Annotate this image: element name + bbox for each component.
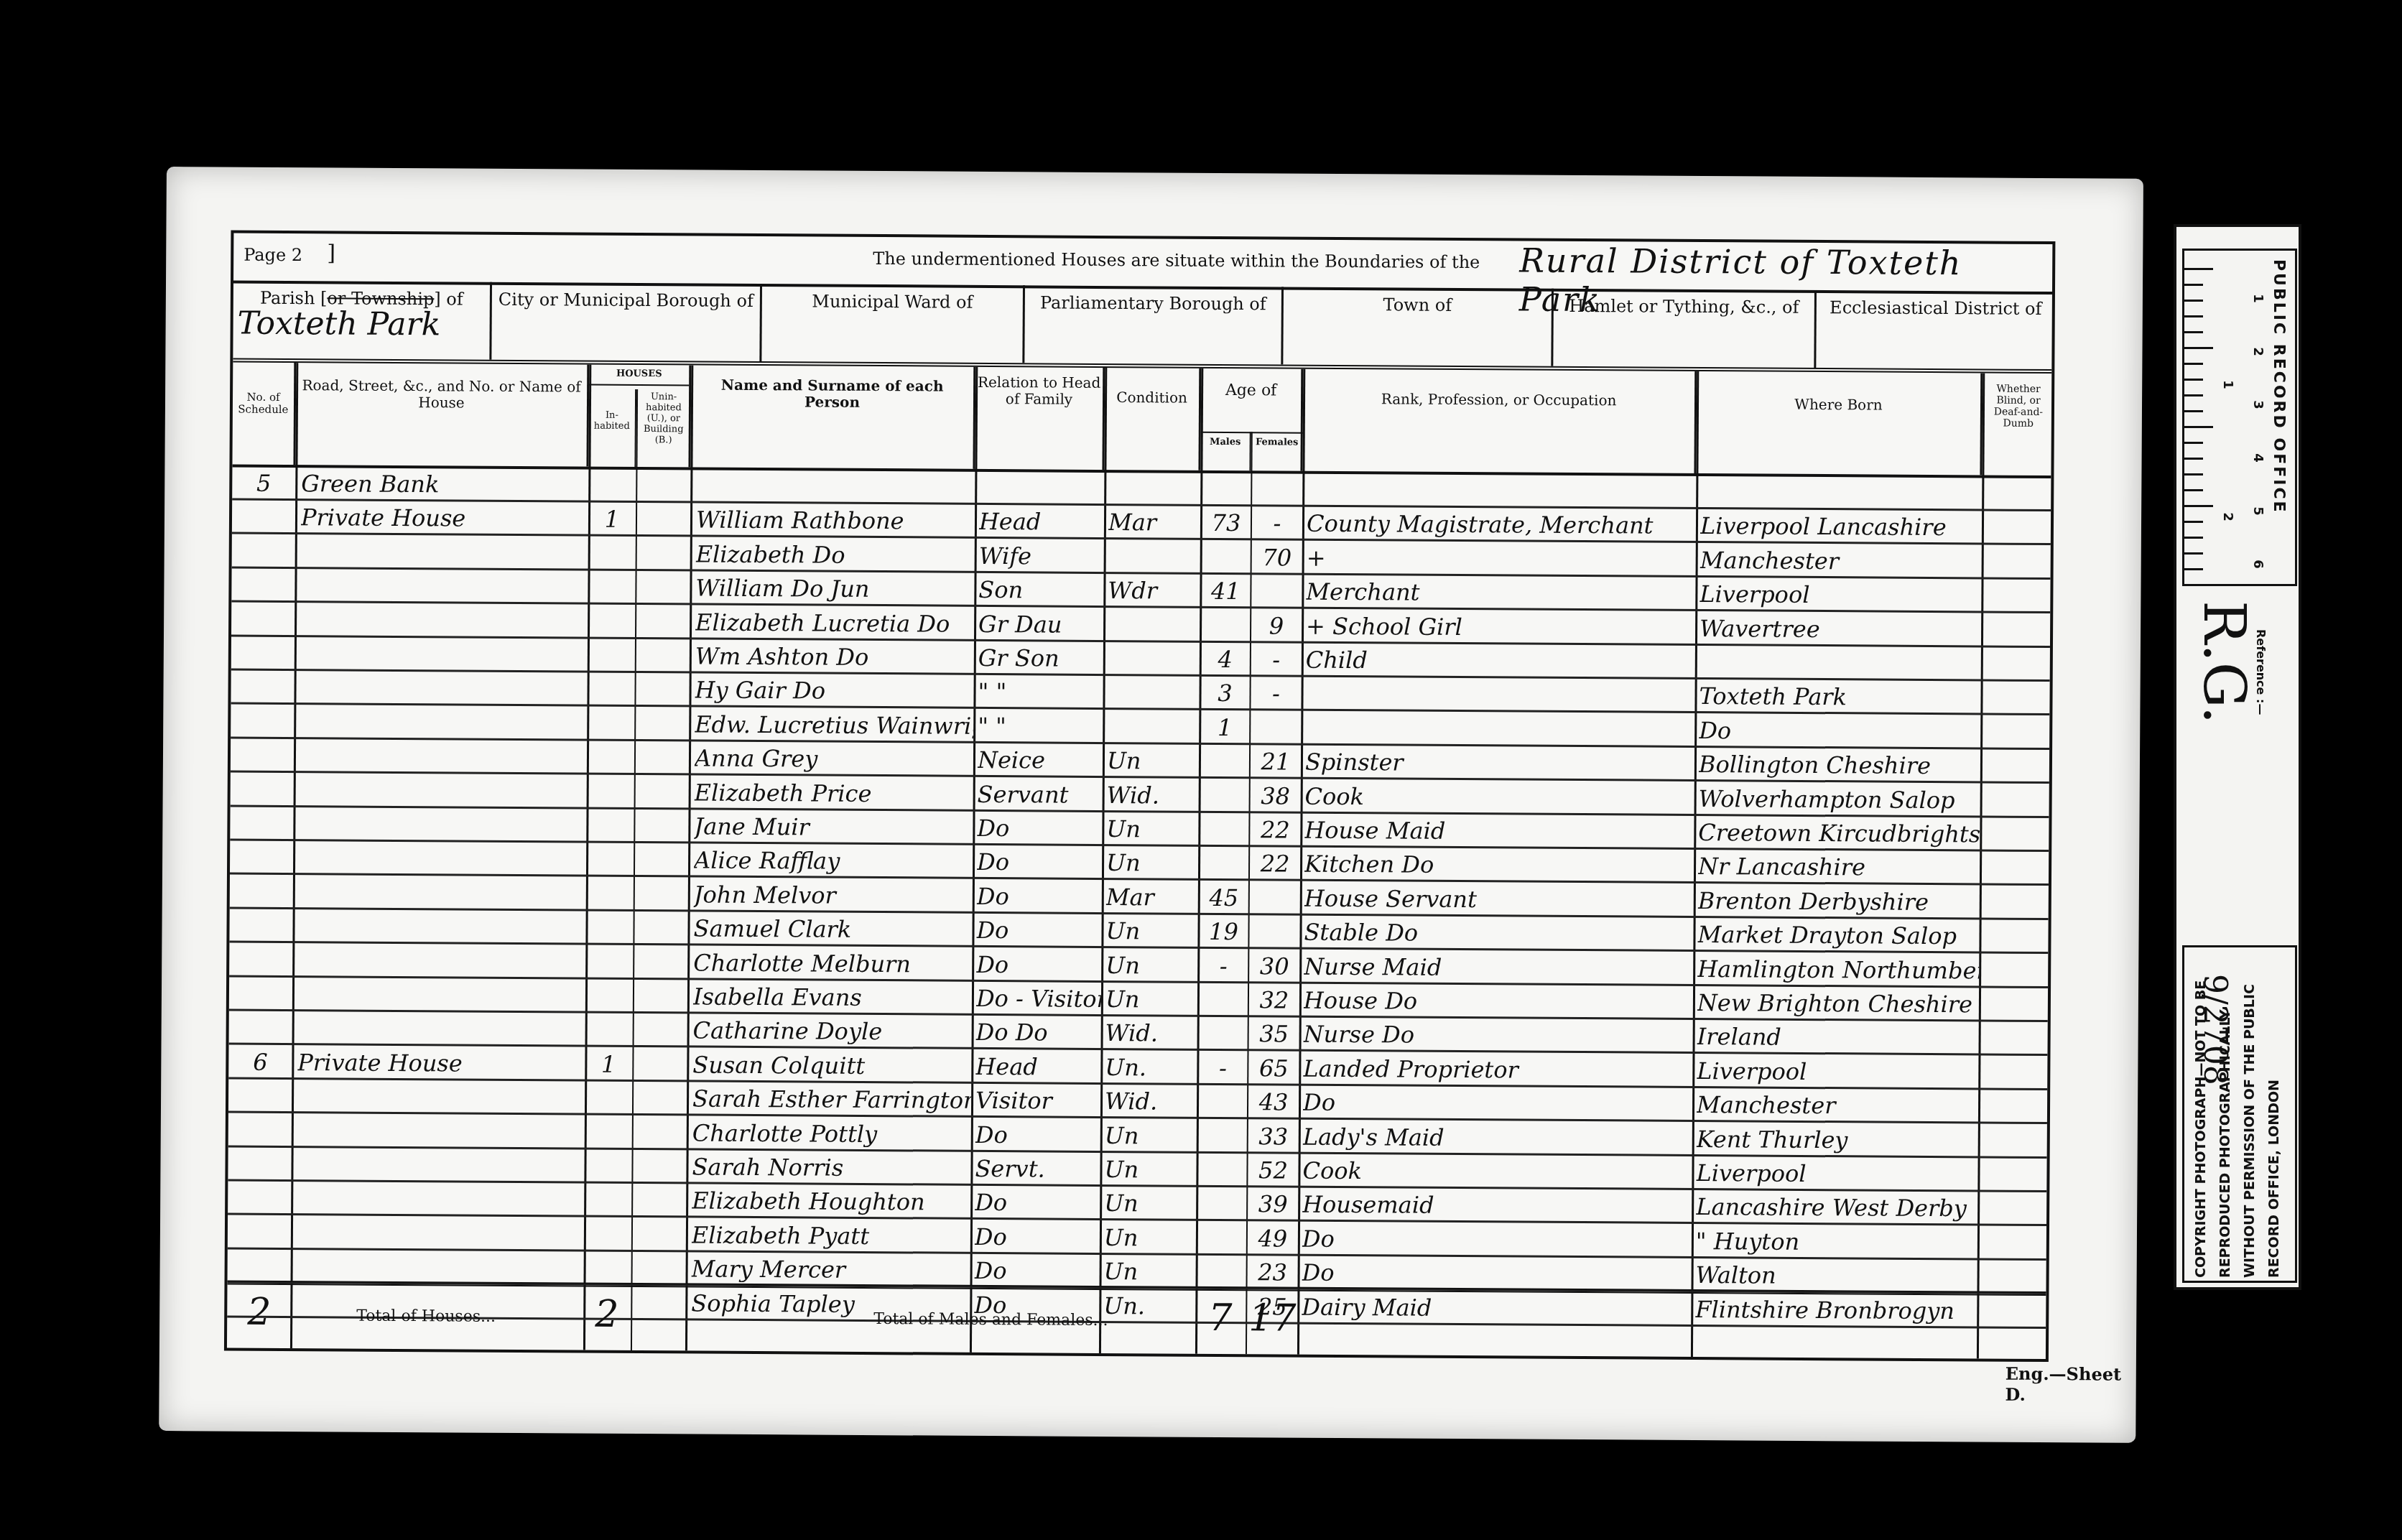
- cell-relation: Do: [975, 1184, 1100, 1218]
- cell-female-age: -: [1251, 641, 1302, 674]
- cell-inhabited: [584, 1182, 631, 1215]
- cell-road: [299, 805, 583, 840]
- cell-schedule: [231, 567, 295, 601]
- cell-where-born: Liverpool: [1697, 1052, 1978, 1087]
- cell-inhabited: [585, 1080, 632, 1113]
- cell-relation: Do: [977, 878, 1102, 912]
- cell-schedule: [231, 771, 294, 805]
- administrative-divisions: Parish [or Township] of Toxteth Park Cit…: [233, 281, 2052, 374]
- cell-occupation: County Magistrate, Merchant: [1307, 505, 1696, 541]
- division-label: Town of: [1383, 294, 1452, 315]
- cell-name: Charlotte Melburn: [693, 944, 972, 979]
- cell-where-born: Wolverhampton Salop: [1699, 780, 1980, 815]
- cell-inhabited: [585, 978, 633, 1011]
- cell-relation: Do: [976, 946, 1101, 980]
- cell-road: Private House: [301, 499, 585, 534]
- cell-female-age: [1251, 709, 1301, 743]
- header-relation: Relation to Head of Family: [975, 367, 1105, 470]
- cell-condition: Wid.: [1105, 1014, 1197, 1049]
- cell-relation: Do Do: [976, 1013, 1101, 1048]
- totals-row: 2 Total of Houses... 2 Total of Males an…: [227, 1281, 2046, 1359]
- cell-male-age: 19: [1199, 913, 1248, 947]
- header-condition: Condition: [1104, 368, 1201, 470]
- cell-where-born: Creetown Kircudbrightshire: [1698, 814, 1980, 849]
- cell-condition: Wid.: [1107, 776, 1199, 811]
- cell-occupation: Do: [1302, 1254, 1691, 1290]
- cell-relation: Do: [975, 1218, 1100, 1253]
- cell-inhabited: [588, 637, 635, 671]
- cell-schedule: [229, 941, 292, 975]
- cell-name: Jane Muir: [694, 808, 973, 843]
- cell-road: [298, 1010, 583, 1045]
- header-occupation: Rank, Profession, or Occupation: [1302, 369, 1697, 473]
- cell-relation: Gr Dau: [978, 606, 1103, 640]
- cell-male-age: 73: [1202, 504, 1251, 538]
- cell-schedule: [231, 702, 294, 737]
- cell-schedule: 6: [228, 1043, 292, 1077]
- division-label: Parliamentary Borough of: [1040, 292, 1266, 314]
- cell-road: [300, 703, 584, 738]
- cell-where-born: Wavertree: [1700, 610, 1981, 645]
- cell-name: Hy Gair Do: [695, 672, 973, 707]
- cell-occupation: Merchant: [1306, 573, 1695, 609]
- cell-where-born: Market Drayton Salop: [1697, 916, 1979, 951]
- cell-where-born: Hamlington Northumberland: [1697, 950, 1979, 985]
- cell-schedule: [228, 1248, 291, 1282]
- division-city: City or Municipal Borough of: [491, 282, 762, 361]
- ruler-number: 2: [2250, 347, 2266, 356]
- cell-inhabited: [587, 705, 634, 738]
- cell-relation: Visitor: [975, 1082, 1100, 1116]
- cell-male-age: [1200, 743, 1249, 776]
- cell-occupation: House Do: [1304, 982, 1693, 1018]
- cell-name: Mary Mercer: [692, 1251, 970, 1286]
- cell-name: Anna Grey: [695, 740, 973, 775]
- cell-inhabited: [587, 739, 634, 773]
- cell-male-age: [1198, 1117, 1247, 1151]
- cell-road: [297, 1077, 582, 1113]
- ruler-tick: [2184, 505, 2213, 507]
- cell-condition: [1108, 470, 1200, 504]
- cell-relation: Do: [975, 1252, 1100, 1286]
- cell-inhabited: [587, 671, 634, 705]
- ruler-tick: [2184, 552, 2203, 555]
- cell-schedule: [228, 1213, 291, 1248]
- cell-relation: Do: [975, 1115, 1100, 1150]
- ruler-tick: [2184, 410, 2203, 412]
- ruler-tick: [2184, 363, 2203, 365]
- cell-male-age: [1199, 1015, 1248, 1049]
- cell-inhabited: [586, 841, 634, 875]
- page-label: Page 2: [244, 245, 302, 265]
- cell-where-born: Do: [1699, 712, 1980, 747]
- cell-schedule: [229, 907, 292, 942]
- cell-name: John Melvor: [694, 876, 973, 911]
- cell-relation: Servant: [978, 776, 1103, 810]
- cell-name: Elizabeth Do: [696, 535, 975, 570]
- header-name: Name and Surname of each Person: [690, 365, 975, 468]
- cell-inhabited: [585, 943, 633, 977]
- cell-where-born: Manchester: [1700, 542, 1982, 577]
- cell-female-age: 9: [1251, 607, 1302, 641]
- cell-male-age: [1199, 981, 1248, 1015]
- cell-occupation: Stable Do: [1304, 914, 1693, 950]
- cell-where-born: [1700, 473, 1982, 509]
- cell-road: [299, 840, 583, 875]
- ruler-number: 1: [2250, 294, 2266, 303]
- cell-schedule: [228, 1111, 292, 1146]
- total-females-value: 17: [1248, 1297, 1297, 1340]
- cell-road: [300, 635, 585, 670]
- ruler-number: 1: [2220, 380, 2235, 389]
- cell-occupation: Spinster: [1305, 743, 1694, 779]
- ruler-tick: [2184, 489, 2203, 491]
- cell-male-age: 1: [1200, 709, 1249, 743]
- cell-schedule: [230, 839, 293, 873]
- cell-name: Elizabeth Houghton: [692, 1182, 970, 1217]
- cell-relation: Servt.: [975, 1150, 1100, 1184]
- cell-inhabited: [584, 1215, 631, 1249]
- cell-condition: Un: [1104, 1151, 1196, 1185]
- total-schedules: 2: [247, 1291, 271, 1334]
- division-label: Hamlet or Tything, &c., of: [1569, 296, 1799, 317]
- cell-road: [300, 601, 585, 636]
- ruler-tick: [2184, 442, 2203, 444]
- cell-inhabited: [584, 1148, 631, 1182]
- cell-where-born: Kent Thurley: [1697, 1121, 1978, 1156]
- cell-where-born: Liverpool: [1700, 575, 1981, 611]
- page-bracket: ]: [327, 241, 335, 266]
- cell-inhabited: [588, 603, 635, 636]
- cell-female-age: 38: [1251, 777, 1301, 811]
- cell-condition: [1108, 606, 1200, 641]
- cell-occupation: Landed Proprietor: [1303, 1049, 1692, 1085]
- cell-road: [298, 907, 583, 942]
- cell-schedule: [231, 635, 295, 669]
- ruler-tick: [2184, 284, 2203, 286]
- cell-female-age: [1252, 470, 1302, 504]
- cell-name: Isabella Evans: [693, 978, 972, 1013]
- cell-relation: " ": [978, 708, 1103, 742]
- archive-stamp: PUBLIC RECORD OFFICE 1 2 3 4 5 6 1 2 R.G…: [2174, 224, 2301, 1290]
- cell-female-age: 21: [1251, 743, 1301, 776]
- cell-road: [301, 533, 585, 568]
- cell-where-born: Nr Lancashire: [1698, 848, 1980, 883]
- cell-female-age: -: [1252, 505, 1302, 539]
- ruler-tick: [2184, 300, 2203, 302]
- cell-name: William Do Jun: [695, 570, 974, 605]
- cell-female-age: 22: [1250, 845, 1300, 879]
- cell-condition: [1108, 538, 1200, 572]
- cell-male-age: [1197, 1151, 1246, 1185]
- header-houses-title: HOUSES: [589, 365, 689, 386]
- cell-female-age: [1251, 572, 1302, 606]
- cell-where-born: New Brighton Cheshire: [1697, 984, 1979, 1019]
- cell-inhabited: [588, 569, 635, 603]
- cell-occupation: Nurse Do: [1304, 1016, 1693, 1052]
- cell-occupation: Child: [1306, 641, 1695, 677]
- reference-label: Reference :—: [2254, 629, 2268, 715]
- cell-name: William Rathbone: [696, 501, 975, 537]
- cell-name: [696, 468, 975, 503]
- copyright-text: COPYRIGHT PHOTOGRAPH—NOT TO BE REPRODUCE…: [2189, 955, 2286, 1278]
- total-houses-value: 2: [595, 1293, 618, 1336]
- cell-schedule: [232, 498, 295, 533]
- ruler-number: 6: [2250, 560, 2266, 569]
- cell-inhabited: 1: [588, 501, 636, 534]
- cell-name: Elizabeth Lucretia Do: [695, 603, 974, 639]
- cell-road: [300, 771, 584, 807]
- cell-condition: Un: [1105, 1117, 1197, 1151]
- division-label: Ecclesiastical District of: [1830, 297, 2042, 319]
- cell-schedule: [231, 737, 294, 771]
- header-females: Females: [1251, 432, 1302, 470]
- header-schedule: No. of Schedule: [232, 363, 296, 465]
- cell-road: [297, 1214, 581, 1249]
- cell-name: Sarah Esther Farrington: [692, 1080, 971, 1115]
- cell-schedule: 5: [232, 465, 295, 499]
- cell-road: [297, 1248, 581, 1283]
- cell-condition: [1107, 708, 1199, 743]
- cell-schedule: [231, 669, 294, 703]
- cell-female-age: [1249, 913, 1299, 947]
- ruler-tick: [2184, 568, 2203, 570]
- division-hamlet: Hamlet or Tything, &c., of: [1553, 289, 1817, 368]
- cell-occupation: [1305, 675, 1694, 711]
- column-headers: No. of Schedule Road, Street, &c., and N…: [232, 363, 2051, 478]
- total-males-value: 7: [1208, 1297, 1232, 1340]
- ruler-tick: [2184, 315, 2203, 317]
- division-town: Town of: [1283, 287, 1554, 366]
- cell-where-born: Manchester: [1697, 1086, 1978, 1121]
- cell-name: Alice Rafflay: [694, 842, 973, 877]
- cell-relation: Head: [979, 503, 1104, 537]
- ruler-tick: [2184, 268, 2213, 270]
- division-ecclesiastical: Ecclesiastical District of: [1816, 290, 2055, 369]
- cell-female-age: 30: [1249, 947, 1299, 981]
- cell-condition: Wdr: [1108, 572, 1200, 606]
- cell-where-born: " Huyton: [1696, 1223, 1977, 1258]
- cell-name: Sarah Norris: [692, 1148, 970, 1183]
- header-where-born: Where Born: [1696, 371, 1983, 475]
- cell-relation: Son: [978, 571, 1103, 606]
- cell-occupation: +: [1307, 539, 1696, 575]
- cell-male-age: [1197, 1220, 1246, 1253]
- cell-male-age: [1200, 845, 1248, 878]
- cell-male-age: 3: [1200, 674, 1249, 708]
- cell-female-age: 35: [1249, 1016, 1299, 1049]
- cell-road: [297, 1180, 581, 1215]
- cell-road: [298, 942, 583, 977]
- cell-condition: Wid.: [1105, 1082, 1197, 1117]
- cell-condition: Mar: [1106, 878, 1198, 913]
- division-parliamentary: Parliamentary Borough of: [1024, 285, 1284, 364]
- ruler-tick: [2184, 537, 2203, 539]
- ruler-tick: [2184, 347, 2213, 349]
- census-form: Page 2 ] The undermentioned Houses are s…: [224, 231, 2055, 1362]
- cell-occupation: Housemaid: [1302, 1186, 1692, 1222]
- cell-occupation: + School Girl: [1306, 607, 1695, 643]
- cell-relation: Neice: [978, 741, 1103, 776]
- cell-relation: Head: [975, 1048, 1100, 1082]
- cell-female-age: 33: [1248, 1118, 1299, 1151]
- cell-road: [299, 873, 583, 909]
- cell-male-age: [1202, 470, 1251, 504]
- header-uninhabited: Unin-habited (U.), or Building (B.): [636, 389, 691, 446]
- cell-road: [300, 567, 585, 602]
- division-label: Municipal Ward of: [812, 291, 973, 312]
- cell-condition: [1108, 640, 1200, 674]
- division-parish: Parish [or Township] of Toxteth Park: [233, 281, 492, 360]
- division-value: Toxteth Park: [233, 305, 490, 343]
- cell-schedule: [228, 1077, 292, 1112]
- ruler-tick: [2184, 394, 2203, 396]
- cell-where-born: Walton: [1695, 1256, 1977, 1291]
- office-label: PUBLIC RECORD OFFICE: [2270, 259, 2288, 514]
- cell-where-born: [1700, 644, 1981, 679]
- cell-schedule: [228, 1146, 291, 1180]
- reference-series: R.G.: [2191, 600, 2258, 724]
- cell-where-born: Ireland: [1697, 1018, 1979, 1053]
- header-blind: Whether Blind, or Deaf-and-Dumb: [1982, 373, 2054, 476]
- census-page: Page 2 ] The undermentioned Houses are s…: [159, 167, 2143, 1443]
- cell-relation: [979, 469, 1104, 504]
- cell-schedule: [229, 1009, 292, 1044]
- cell-occupation: Cook: [1302, 1152, 1692, 1188]
- cell-male-age: [1197, 1253, 1246, 1287]
- cell-male-age: -: [1198, 1049, 1247, 1083]
- ruler-tick: [2184, 379, 2203, 381]
- sheet-footer: Eng.—Sheet D.: [2005, 1363, 2136, 1406]
- cell-relation: Do: [977, 843, 1102, 878]
- cell-name: Elizabeth Price: [695, 774, 973, 809]
- cell-road: [297, 1146, 581, 1181]
- ruler-tick: [2184, 426, 2213, 428]
- header-houses: HOUSES In-habited Unin-habited (U.), or …: [588, 365, 691, 468]
- cell-name: Catharine Doyle: [693, 1012, 972, 1047]
- cell-male-age: [1198, 1083, 1247, 1117]
- cell-inhabited: [586, 875, 634, 909]
- cell-schedule: [228, 1179, 291, 1214]
- cell-name: Susan Colquitt: [692, 1046, 971, 1081]
- cell-condition: Un: [1106, 810, 1198, 845]
- cell-schedule: [229, 975, 292, 1010]
- header-inhabited: In-habited: [588, 389, 636, 467]
- cell-name: Edw. Lucretius Wainwright: [695, 705, 973, 741]
- cell-male-age: 4: [1201, 641, 1250, 674]
- cell-occupation: Cook: [1305, 777, 1694, 813]
- cell-condition: Un: [1106, 844, 1198, 878]
- cell-name: Elizabeth Pyatt: [692, 1216, 970, 1251]
- cell-female-age: 65: [1248, 1049, 1299, 1083]
- cell-female-age: [1250, 879, 1300, 913]
- cell-occupation: [1307, 471, 1696, 507]
- cell-schedule: [230, 805, 293, 840]
- cell-where-born: Bollington Cheshire: [1699, 746, 1980, 781]
- division-ward: Municipal Ward of: [761, 284, 1025, 363]
- cell-male-age: 41: [1201, 572, 1250, 606]
- cell-inhabited: [588, 534, 636, 568]
- cell-where-born: Liverpool Lancashire: [1700, 507, 1982, 542]
- cell-where-born: Brenton Derbyshire: [1698, 882, 1980, 917]
- cell-inhabited: [587, 773, 634, 807]
- cell-male-age: [1202, 539, 1251, 572]
- boundary-printed-text: The undermentioned Houses are situate wi…: [873, 249, 1480, 272]
- cell-female-age: 39: [1248, 1186, 1298, 1220]
- cell-female-age: 22: [1250, 811, 1300, 845]
- cell-condition: Un: [1105, 912, 1197, 947]
- cell-male-age: [1201, 606, 1250, 640]
- header-road: Road, Street, &c., and No. or Name of Ho…: [295, 363, 589, 466]
- cell-condition: Un: [1103, 1253, 1195, 1287]
- cell-male-age: [1197, 1185, 1246, 1219]
- division-label: City or Municipal Borough of: [499, 289, 753, 311]
- cell-female-age: 70: [1252, 539, 1302, 572]
- header-males: Males: [1200, 432, 1251, 470]
- cell-relation: Do: [976, 912, 1101, 946]
- cell-schedule: [230, 873, 293, 907]
- cell-inhabited: [588, 467, 636, 501]
- cell-condition: Un.: [1105, 1049, 1197, 1083]
- cell-occupation: Kitchen Do: [1304, 845, 1694, 881]
- cell-road: [298, 975, 583, 1011]
- copyright-notice: COPYRIGHT PHOTOGRAPH—NOT TO BE REPRODUCE…: [2182, 945, 2297, 1283]
- cell-occupation: Do: [1302, 1220, 1692, 1256]
- total-houses-label: Total of Houses...: [356, 1307, 496, 1326]
- cell-schedule: [232, 532, 295, 567]
- ruler-number: 5: [2250, 506, 2266, 516]
- cell-male-age: [1200, 776, 1249, 810]
- cell-female-age: -: [1251, 675, 1301, 709]
- cell-inhabited: [584, 1250, 631, 1284]
- cell-road: [300, 737, 584, 772]
- cell-road: Green Bank: [301, 465, 585, 500]
- ruler-number: 2: [2220, 512, 2235, 521]
- cell-relation: Do: [977, 810, 1102, 844]
- cell-female-age: 23: [1247, 1253, 1297, 1287]
- cell-where-born: Lancashire West Derby: [1696, 1188, 1977, 1223]
- cell-condition: Mar: [1108, 504, 1200, 538]
- cell-male-age: -: [1199, 947, 1248, 980]
- cell-condition: [1107, 674, 1199, 708]
- cell-schedule: [231, 600, 295, 635]
- cell-relation: Do - Visitor Do: [976, 980, 1101, 1014]
- cell-condition: Un: [1107, 742, 1199, 776]
- ruler-tick: [2184, 473, 2203, 476]
- cell-occupation: Lady's Maid: [1303, 1118, 1692, 1154]
- cell-inhabited: [585, 909, 633, 943]
- ruler-tick: [2184, 521, 2203, 523]
- ruler-number: 4: [2250, 453, 2266, 463]
- cell-occupation: House Servant: [1304, 879, 1694, 915]
- ruler-tick: [2184, 458, 2203, 460]
- cell-road: [297, 1112, 582, 1147]
- cell-relation: Wife: [979, 537, 1104, 572]
- cell-female-age: 43: [1248, 1083, 1299, 1117]
- cell-male-age: 45: [1200, 879, 1248, 913]
- cell-condition: Un: [1104, 1184, 1196, 1219]
- cell-condition: Un: [1105, 947, 1197, 981]
- cell-name: Charlotte Pottly: [692, 1114, 971, 1149]
- total-persons-label: Total of Males and Females...: [873, 1310, 1108, 1330]
- cell-name: Samuel Clark: [693, 910, 972, 945]
- scale-ruler: PUBLIC RECORD OFFICE 1 2 3 4 5 6 1 2: [2182, 249, 2297, 586]
- cell-male-age: [1200, 811, 1248, 845]
- cell-female-age: 52: [1248, 1151, 1298, 1185]
- cell-inhabited: [586, 807, 634, 841]
- cell-where-born: Liverpool: [1696, 1154, 1977, 1189]
- cell-where-born: Toxteth Park: [1699, 677, 1980, 713]
